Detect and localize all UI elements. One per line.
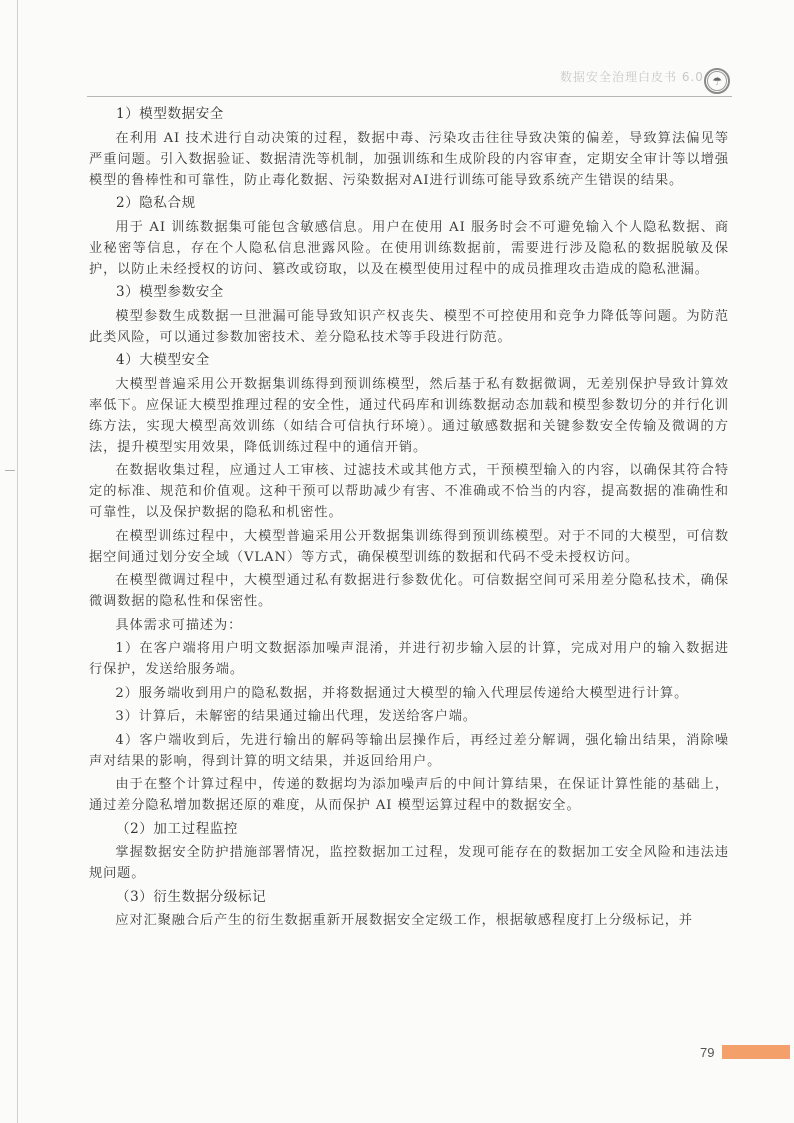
paragraph: 大模型普遍采用公开数据集训练得到预训练模型，然后基于私有数据微调，无差别保护导致… bbox=[89, 374, 729, 458]
paragraph: 具体需求可描述为： bbox=[89, 615, 729, 636]
section-heading: 1）模型数据安全 bbox=[89, 104, 729, 125]
paragraph: 由于在整个计算过程中，传递的数据均为添加噪声后的中间计算结果，在保证计算性能的基… bbox=[89, 774, 729, 816]
umbrella-emblem-icon: ☂ bbox=[704, 68, 730, 94]
section-heading: 4）大模型安全 bbox=[89, 350, 729, 371]
paragraph: 掌握数据安全防护措施部署情况，监控数据加工过程，发现可能存在的数据加工安全风险和… bbox=[89, 842, 729, 884]
paragraph: 在利用 AI 技术进行自动决策的过程，数据中毒、污染攻击往往导致决策的偏差，导致… bbox=[89, 128, 729, 191]
page-body: 1）模型数据安全 在利用 AI 技术进行自动决策的过程，数据中毒、污染攻击往往导… bbox=[89, 104, 729, 934]
umbrella-icon: ☂ bbox=[707, 71, 727, 91]
section-heading: 3）模型参数安全 bbox=[89, 282, 729, 303]
header-divider bbox=[87, 96, 732, 97]
page-number: 79 bbox=[700, 1045, 714, 1060]
page-binding-line bbox=[17, 0, 18, 1123]
section-heading: 2）隐私合规 bbox=[89, 193, 729, 214]
paragraph: 在模型微调过程中，大模型通过私有数据进行参数优化。可信数据空间可采用差分隐私技术… bbox=[89, 570, 729, 612]
running-header-title: 数据安全治理白皮书 6.0 bbox=[560, 68, 704, 85]
list-item: 4）客户端收到后，先进行输出的解码等输出层操作后，再经过差分解调，强化输出结果，… bbox=[89, 730, 729, 772]
list-item: 3）计算后，未解密的结果通过输出代理，发送给客户端。 bbox=[89, 706, 729, 727]
page-binding-tick bbox=[5, 470, 15, 471]
paragraph: 在数据收集过程，应通过人工审核、过滤技术或其他方式，干预模型输入的内容，以确保其… bbox=[89, 460, 729, 523]
paragraph: 用于 AI 训练数据集可能包含敏感信息。用户在使用 AI 服务时会不可避免输入个… bbox=[89, 217, 729, 280]
section-heading: （2）加工过程监控 bbox=[89, 819, 729, 840]
page-accent-bar bbox=[722, 1045, 790, 1059]
paragraph: 应对汇聚融合后产生的衍生数据重新开展数据安全定级工作，根据敏感程度打上分级标记，… bbox=[89, 910, 729, 931]
list-item: 1）在客户端将用户明文数据添加噪声混淆，并进行初步输入层的计算，完成对用户的输入… bbox=[89, 638, 729, 680]
paragraph: 在模型训练过程中，大模型普遍采用公开数据集训练得到预训练模型。对于不同的大模型，… bbox=[89, 526, 729, 568]
paragraph: 模型参数生成数据一旦泄漏可能导致知识产权丧失、模型不可控使用和竞争力降低等问题。… bbox=[89, 306, 729, 348]
list-item: 2）服务端收到用户的隐私数据，并将数据通过大模型的输入代理层传递给大模型进行计算… bbox=[89, 683, 729, 704]
section-heading: （3）衍生数据分级标记 bbox=[89, 887, 729, 908]
